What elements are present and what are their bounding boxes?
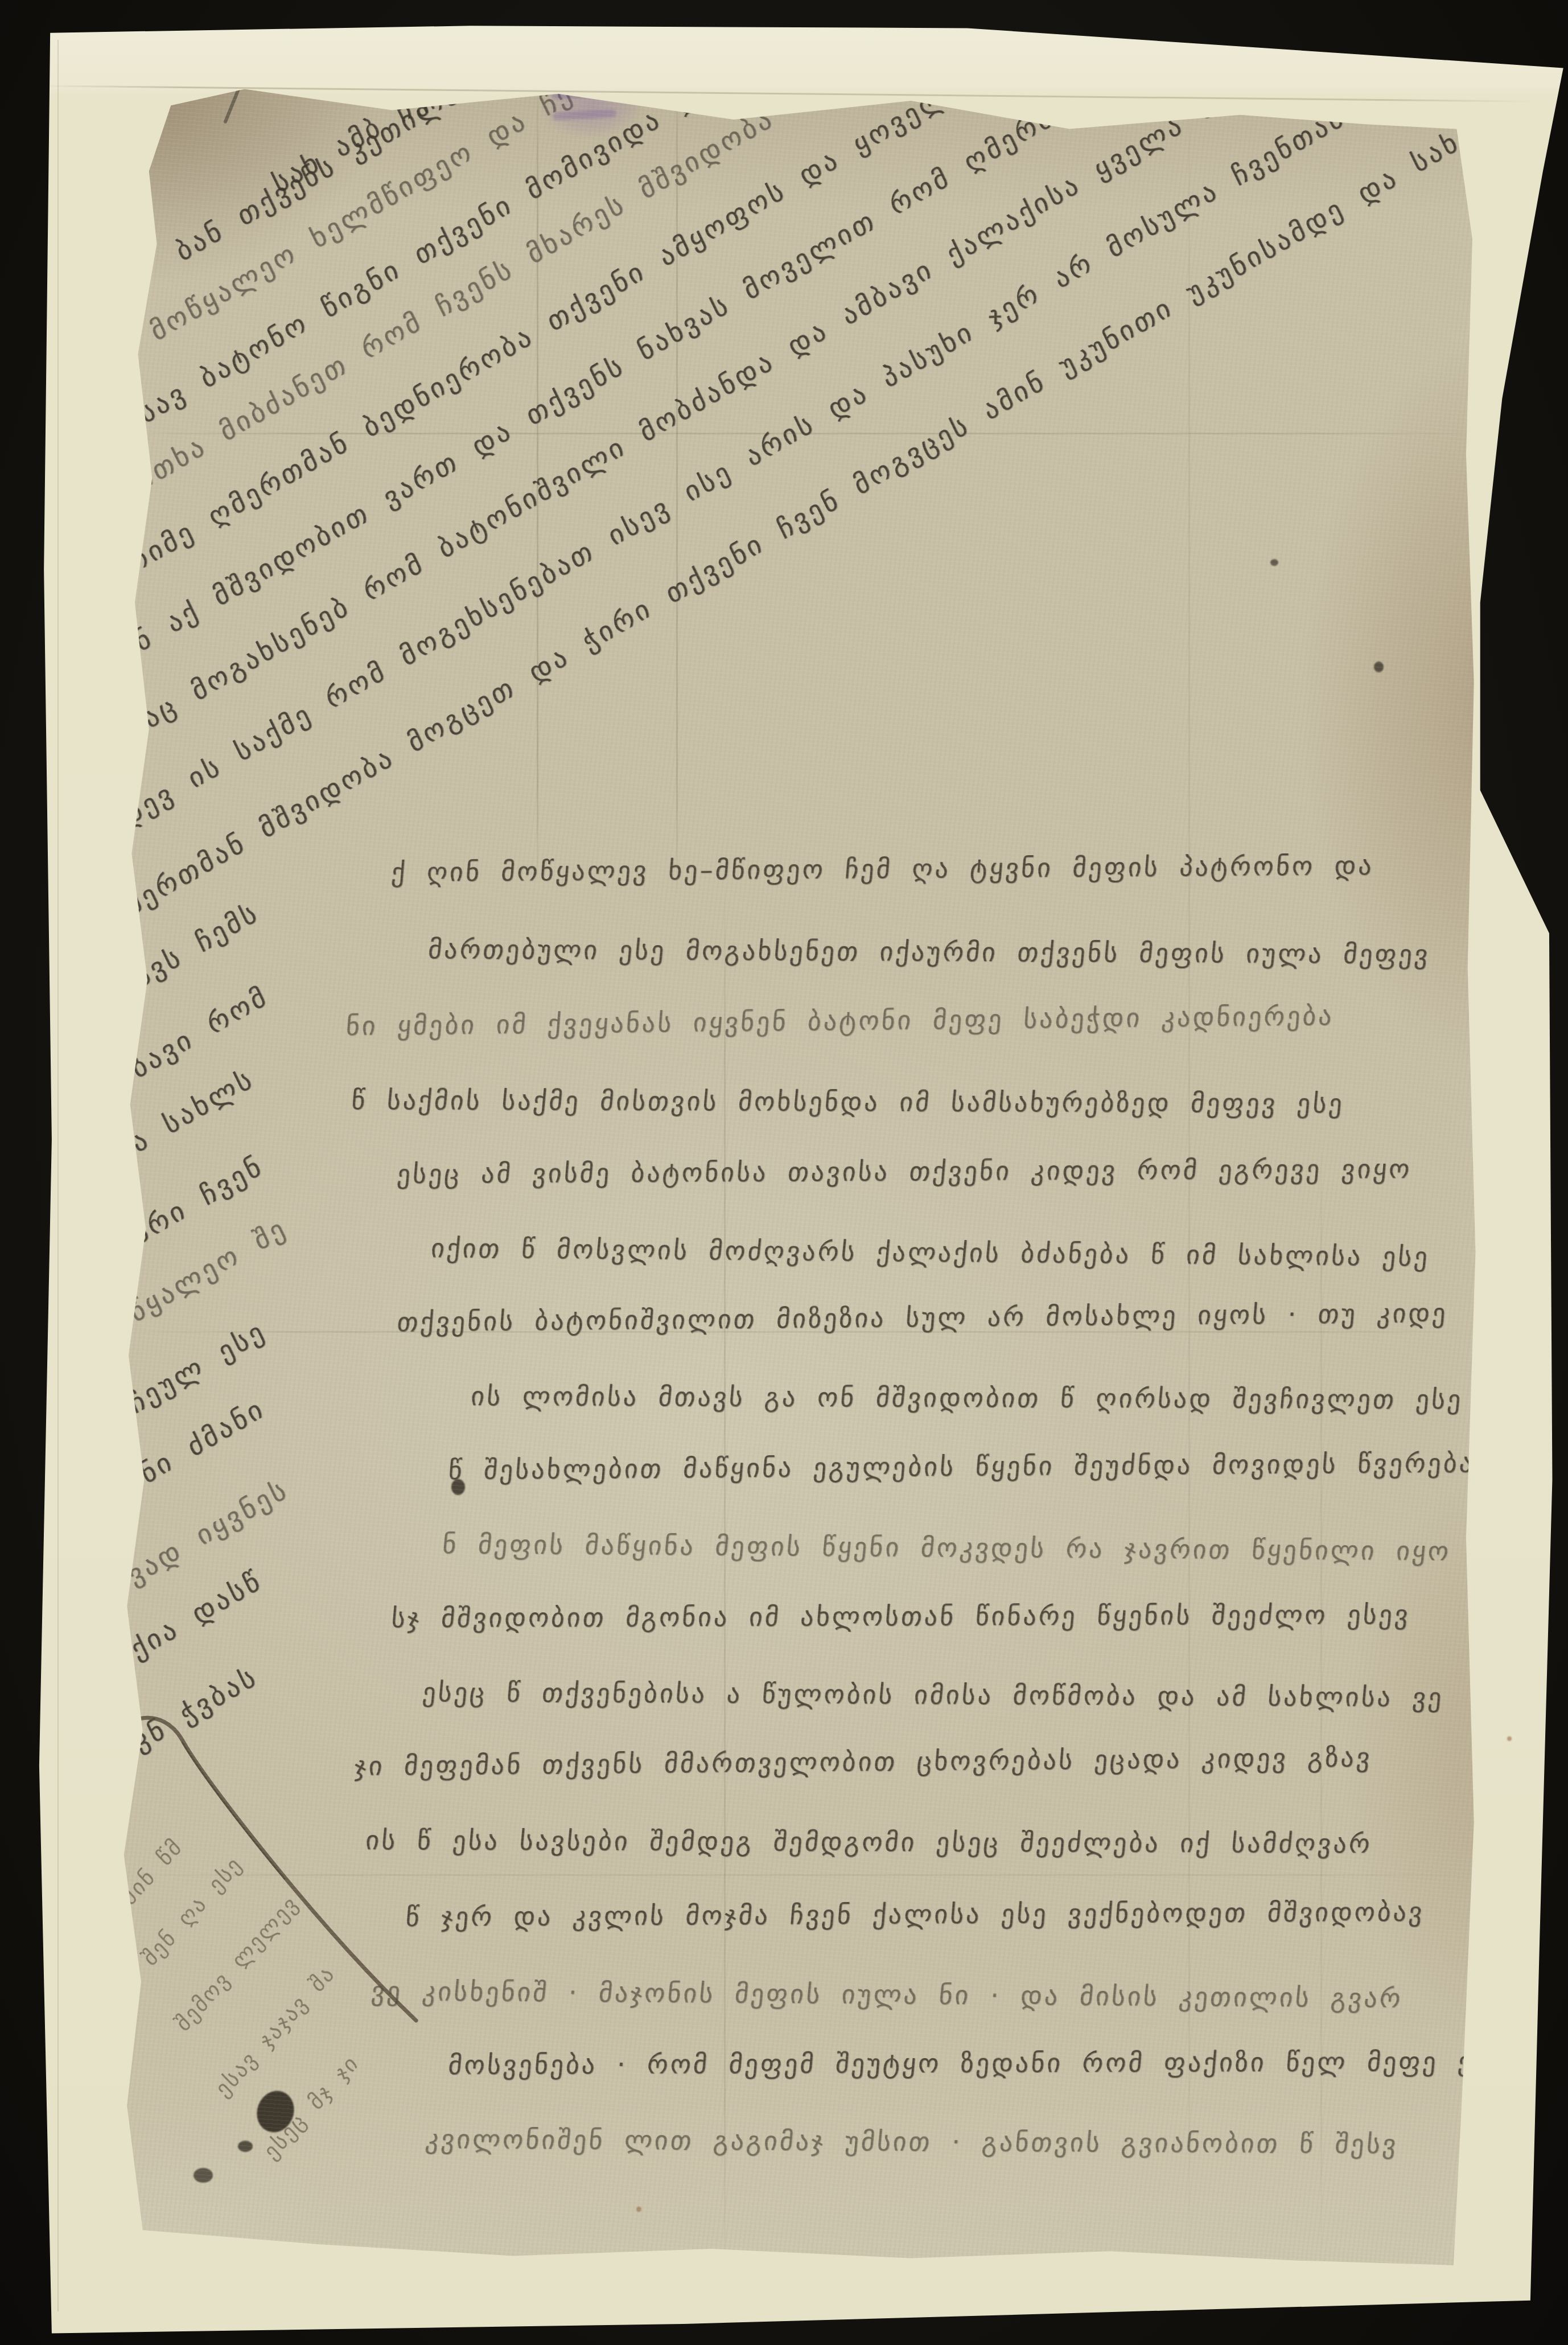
handwriting-line: იქით წ მოსვლის მოძღვარს ქალაქის ბძანება … (430, 1233, 1431, 1272)
handwriting-line: მოსვენება · რომ მეფემ შეუტყო ზედანი რომ … (447, 2046, 1491, 2080)
handwriting-line: ქ ღინ მოწყალევ ხე–მწიფეო ჩემ ღა ტყვნი მე… (390, 850, 1375, 888)
handwriting-line: ჯი მეფემან თქვენს მმართველობით ცხოვრებას… (353, 1742, 1373, 1781)
ink-blot (194, 2168, 213, 2183)
handwriting-line: ის წ ესა სავსები შემდეგ შემდგომი ესეც შე… (364, 1825, 1373, 1859)
handwriting-line: კვილონიშენ ლით გაგიმაჯ უმსით · განთვის გ… (424, 2124, 1400, 2159)
handwriting-line: ის ლომისა მთავს გა ონ მშვიდობით წ ღირსად… (470, 1381, 1523, 1415)
foxing-spot (1507, 1736, 1512, 1741)
handwriting-line: კიდევ ის საქმე რომ მოგეხსენებათ ისევ ისე… (85, 0, 1568, 851)
ink-blot (1270, 559, 1278, 566)
handwriting-line: სჯ მშვიდობით მგონია იმ ახლოსთან წინარე წ… (390, 1599, 1411, 1633)
handwriting-line: მართებული ესე მოგახსენეთ იქაურმი თქვენს … (427, 934, 1431, 970)
handwriting-line: ნი ყმები იმ ქვეყანას იყვნენ ბატონი მეფე … (345, 1000, 1335, 1041)
handwriting-line: წ საქმის საქმე მისთვის მოხსენდა იმ სამსა… (350, 1085, 1345, 1119)
handwriting-line: თქვენის ბატონიშვილით მიზეზია სულ არ მოსა… (396, 1297, 1449, 1337)
handwriting-line: ვე კისხენიშ · მაჯონის მეფის იულა ნი · და… (370, 1976, 1404, 2014)
handwriting-line: ესეც ამ ვისმე ბატონისა თავისა თქვენი კიდ… (396, 1153, 1413, 1189)
mat-left-edge (57, 40, 59, 2311)
ink-blot (1374, 662, 1384, 672)
ink-blot (238, 2141, 253, 2152)
handwriting-line: წ ჯერ და კვლის მოჯმა ჩვენ ქალისა ესე ვექ… (405, 1896, 1426, 1932)
ink-blot (451, 1479, 465, 1495)
manuscript-scan: სახ ამბ ჩემო ქ ბან თქვენს კეთილად მყოფობ… (0, 0, 1568, 2345)
handwriting-line: ესეც წ თქვენებისა ა წულობის იმისა მოწმობ… (421, 1677, 1445, 1712)
handwriting-line: წ შესახლებით მაწყინა ეგულების წყენი შეუძ… (447, 1447, 1476, 1485)
manuscript-page: სახ ამბ ჩემო ქ ბან თქვენს კეთილად მყოფობ… (0, 0, 1568, 2345)
fold-crease (137, 1874, 1457, 1876)
handwriting-line: ნ მეფის მაწყინა მეფის წყენი მოკვდეს რა ჯ… (441, 1529, 1452, 1566)
foxing-spot (636, 2207, 641, 2212)
